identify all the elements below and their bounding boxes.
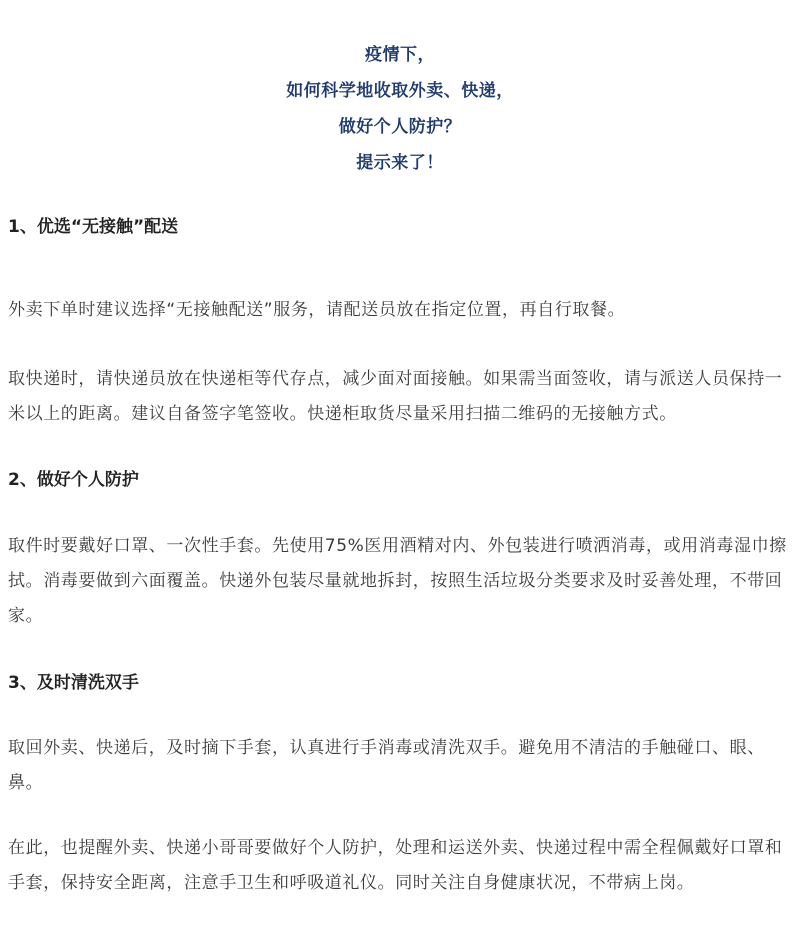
section-heading-2: 2、做好个人防护 xyxy=(8,465,139,490)
title-line-3: 做好个人防护？ xyxy=(0,112,800,137)
section-1-paragraph-1: 外卖下单时建议选择“无接触配送”服务，请配送员放在指定位置，再自行取餐。 xyxy=(8,293,798,328)
title-line-1: 疫情下， xyxy=(0,40,800,65)
section-3-paragraph-1: 取回外卖、快递后，及时摘下手套，认真进行手消毒或清洗双手。避免用不清洁的手触碰口… xyxy=(8,731,798,801)
title-line-2: 如何科学地收取外卖、快递， xyxy=(0,76,800,101)
section-2-paragraph-1: 取件时要戴好口罩、一次性手套。先使用75%医用酒精对内、外包装进行喷洒消毒，或用… xyxy=(8,529,798,634)
title-line-4: 提示来了！ xyxy=(0,148,800,173)
section-heading-3: 3、及时清洗双手 xyxy=(8,668,139,693)
section-3-paragraph-2: 在此，也提醒外卖、快递小哥哥要做好个人防护，处理和运送外卖、快递过程中需全程佩戴… xyxy=(8,831,798,901)
section-heading-1: 1、优选“无接触”配送 xyxy=(8,212,178,237)
section-1-paragraph-2: 取快递时，请快递员放在快递柜等代存点，减少面对面接触。如果需当面签收，请与派送人… xyxy=(8,362,798,432)
